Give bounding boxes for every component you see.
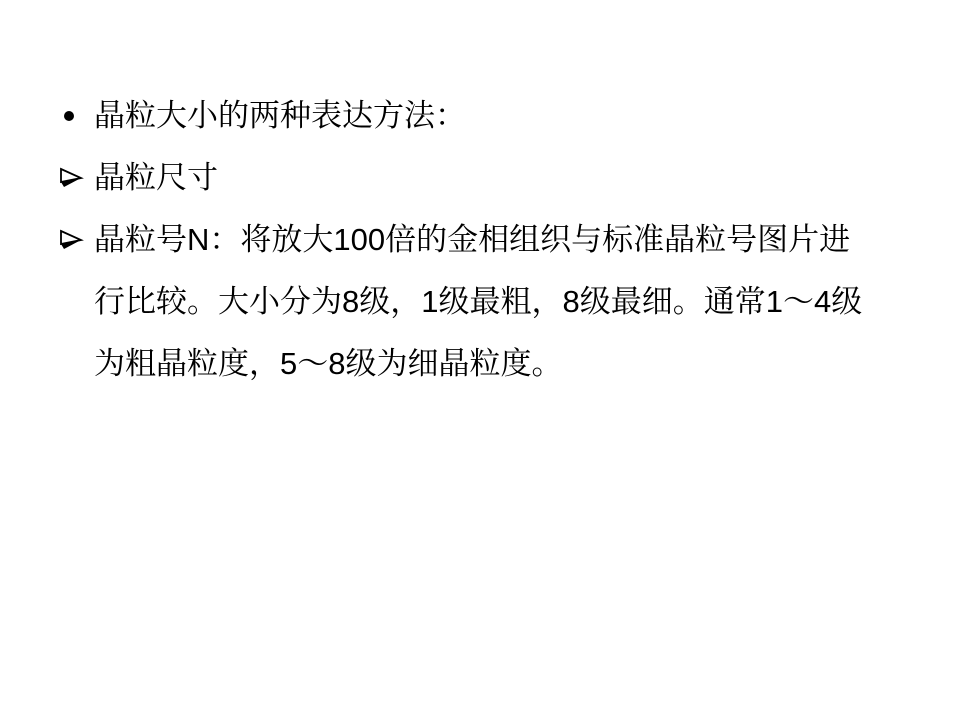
bullet-text-line: 晶粒号N：将放大100倍的金相组织与标准晶粒号图片进 xyxy=(94,209,918,271)
slide-body-text: 晶粒大小的两种表达方法： 晶粒尺寸 xyxy=(58,85,918,395)
arrow-bullet-icon xyxy=(58,227,84,253)
slide: 晶粒大小的两种表达方法： 晶粒尺寸 xyxy=(0,0,960,720)
bullet-item: 晶粒号N：将放大100倍的金相组织与标准晶粒号图片进 行比较。大小分为8级，1级… xyxy=(58,209,918,395)
arrow-bullet-icon xyxy=(58,165,84,191)
bullet-text-line: 晶粒尺寸 xyxy=(94,147,918,209)
bullet-text-line: 为粗晶粒度，5～8级为细晶粒度。 xyxy=(94,333,918,395)
bullet-item: 晶粒大小的两种表达方法： xyxy=(58,85,918,147)
bullet-text-line: 晶粒大小的两种表达方法： xyxy=(94,85,918,147)
bullet-item: 晶粒尺寸 xyxy=(58,147,918,209)
bullet-text-line: 行比较。大小分为8级，1级最粗，8级最细。通常1～4级 xyxy=(94,271,918,333)
disc-bullet-icon xyxy=(64,111,74,121)
